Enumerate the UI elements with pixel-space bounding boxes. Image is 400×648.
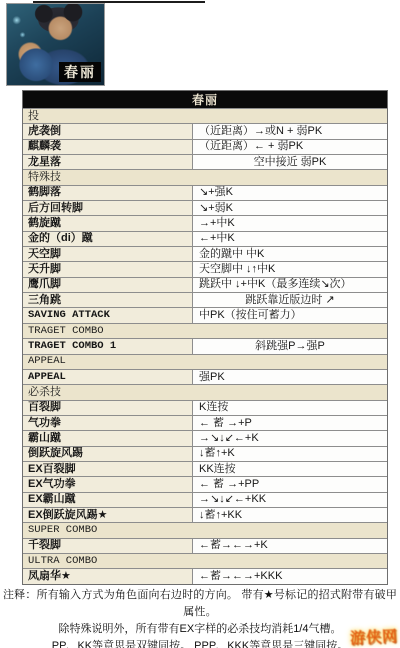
move-input-cell: 跳跃中 ↓+中K（最多连续↘次） <box>193 278 387 292</box>
move-row: 虎袭倒（近距离）→或N + 弱PK <box>23 123 387 138</box>
move-name-cell: 倒跃旋风踢 <box>23 447 193 461</box>
section-row: ULTRA COMBO <box>23 553 387 568</box>
move-row: 凤扇华★←蓄→←→+KKK <box>23 568 387 583</box>
section-label: APPEAL <box>23 355 387 369</box>
move-row: 百裂脚K连按 <box>23 400 387 415</box>
move-list-table: 春丽 投虎袭倒（近距离）→或N + 弱PK麒麟袭（近距离）← + 弱PK龙星落空… <box>22 90 388 585</box>
move-input-cell: （近距离）→或N + 弱PK <box>193 124 387 138</box>
move-row: 倒跃旋风踢↓蓄↑+K <box>23 446 387 461</box>
move-input-cell: ↘+强K <box>193 186 387 200</box>
section-label: SUPER COMBO <box>23 523 387 537</box>
move-row: 天空脚金的蹴中 中K <box>23 246 387 261</box>
move-name-cell: 鹤旋蹴 <box>23 216 193 230</box>
move-row: 千裂脚←蓄→←→+K <box>23 538 387 553</box>
move-name-cell: 鹤脚落 <box>23 186 193 200</box>
move-row: 后方回转脚↘+弱K <box>23 200 387 215</box>
section-label: 必杀技 <box>23 385 387 399</box>
site-watermark-logo: 游侠网 <box>349 625 398 648</box>
section-label: 投 <box>23 109 387 123</box>
footnote-line-2: 除特殊说明外，所有带有EX字样的必杀技均消耗1/4气槽。 <box>0 621 400 638</box>
move-input-cell: ←蓄→←→+KKK <box>193 569 387 583</box>
section-row: TRAGET COMBO <box>23 323 387 338</box>
move-name-cell: EX霸山蹴 <box>23 493 193 507</box>
move-input-cell: 天空脚中 ↓↑中K <box>193 262 387 276</box>
move-input-cell: 强PK <box>193 370 387 384</box>
move-input-cell: ←蓄→←→+K <box>193 539 387 553</box>
move-name-cell: 百裂脚 <box>23 401 193 415</box>
move-row: 麒麟袭（近距离）← + 弱PK <box>23 139 387 154</box>
move-row: APPEAL强PK <box>23 369 387 384</box>
portrait-name-badge: 春丽 <box>59 62 101 82</box>
move-table-body: 投虎袭倒（近距离）→或N + 弱PK麒麟袭（近距离）← + 弱PK龙星落空中接近… <box>23 108 387 584</box>
move-name-cell: 气功拳 <box>23 416 193 430</box>
move-input-cell: →+中K <box>193 216 387 230</box>
section-row: 投 <box>23 108 387 123</box>
move-input-cell: ↓蓄↑+KK <box>193 508 387 522</box>
table-title: 春丽 <box>23 91 387 108</box>
move-input-cell: KK连按 <box>193 462 387 476</box>
move-input-cell: 跳跃靠近版边时 ↗ <box>193 293 387 307</box>
footnote-line-1: 注释：所有输入方式为角色面向右边时的方向。 带有★号标记的招式附带有破甲属性。 <box>0 587 400 621</box>
section-row: APPEAL <box>23 354 387 369</box>
move-row: EX百裂脚KK连按 <box>23 461 387 476</box>
move-input-cell: ← 蓄 →+P <box>193 416 387 430</box>
move-row: 龙星落空中接近 弱PK <box>23 154 387 169</box>
move-name-cell: 鹰爪脚 <box>23 278 193 292</box>
footnote-line-3: PP、KK等意思是双键同按。 PPP、KKK等意思是三键同按。 <box>0 638 400 648</box>
move-row: 天升脚天空脚中 ↓↑中K <box>23 261 387 276</box>
move-input-cell: ← 蓄 →+PP <box>193 477 387 491</box>
move-name-cell: 麒麟袭 <box>23 140 193 154</box>
move-input-cell: K连按 <box>193 401 387 415</box>
move-input-cell: 空中接近 弱PK <box>193 155 387 169</box>
move-name-cell: 虎袭倒 <box>23 124 193 138</box>
move-name-cell: 凤扇华★ <box>23 569 193 583</box>
section-label: 特殊技 <box>23 170 387 184</box>
section-row: 特殊技 <box>23 169 387 184</box>
move-name-cell: 后方回转脚 <box>23 201 193 215</box>
move-input-cell: ↓蓄↑+K <box>193 447 387 461</box>
move-name-cell: 天升脚 <box>23 262 193 276</box>
section-row: 必杀技 <box>23 384 387 399</box>
move-row: EX霸山蹴→↘↓↙←+KK <box>23 492 387 507</box>
move-name-cell: EX百裂脚 <box>23 462 193 476</box>
move-name-cell: 天空脚 <box>23 247 193 261</box>
move-row: 霸山蹴→↘↓↙←+K <box>23 430 387 445</box>
section-label: TRAGET COMBO <box>23 324 387 338</box>
move-name-cell: EX倒跃旋风踢★ <box>23 508 193 522</box>
move-input-cell: →↘↓↙←+KK <box>193 493 387 507</box>
character-portrait: 春丽 <box>7 4 104 85</box>
move-row: 金的（di）蹴←+中K <box>23 231 387 246</box>
move-name-cell: 千裂脚 <box>23 539 193 553</box>
move-name-cell: 霸山蹴 <box>23 431 193 445</box>
move-name-cell: 金的（di）蹴 <box>23 232 193 246</box>
move-row: TRAGET COMBO 1斜跳强P→强P <box>23 338 387 353</box>
move-name-cell: 三角跳 <box>23 293 193 307</box>
move-name-cell: TRAGET COMBO 1 <box>23 339 193 353</box>
move-input-cell: ←+中K <box>193 232 387 246</box>
move-input-cell: （近距离）← + 弱PK <box>193 140 387 154</box>
move-input-cell: 斜跳强P→强P <box>193 339 387 353</box>
move-name-cell: APPEAL <box>23 370 193 384</box>
move-row: EX气功拳← 蓄 →+PP <box>23 476 387 491</box>
move-name-cell: SAVING ATTACK <box>23 308 193 322</box>
move-row: 鹤脚落↘+强K <box>23 185 387 200</box>
section-label: ULTRA COMBO <box>23 554 387 568</box>
move-row: 鹰爪脚跳跃中 ↓+中K（最多连续↘次） <box>23 277 387 292</box>
move-input-cell: 金的蹴中 中K <box>193 247 387 261</box>
move-name-cell: 龙星落 <box>23 155 193 169</box>
move-input-cell: 中PK（按住可蓄力） <box>193 308 387 322</box>
move-row: SAVING ATTACK中PK（按住可蓄力） <box>23 307 387 322</box>
footnotes: 注释：所有输入方式为角色面向右边时的方向。 带有★号标记的招式附带有破甲属性。 … <box>0 587 400 648</box>
move-row: EX倒跃旋风踢★↓蓄↑+KK <box>23 507 387 522</box>
move-input-cell: →↘↓↙←+K <box>193 431 387 445</box>
move-row: 三角跳跳跃靠近版边时 ↗ <box>23 292 387 307</box>
section-row: SUPER COMBO <box>23 522 387 537</box>
move-row: 气功拳← 蓄 →+P <box>23 415 387 430</box>
move-row: 鹤旋蹴→+中K <box>23 215 387 230</box>
move-input-cell: ↘+弱K <box>193 201 387 215</box>
page-top-border-line <box>33 1 205 3</box>
move-name-cell: EX气功拳 <box>23 477 193 491</box>
